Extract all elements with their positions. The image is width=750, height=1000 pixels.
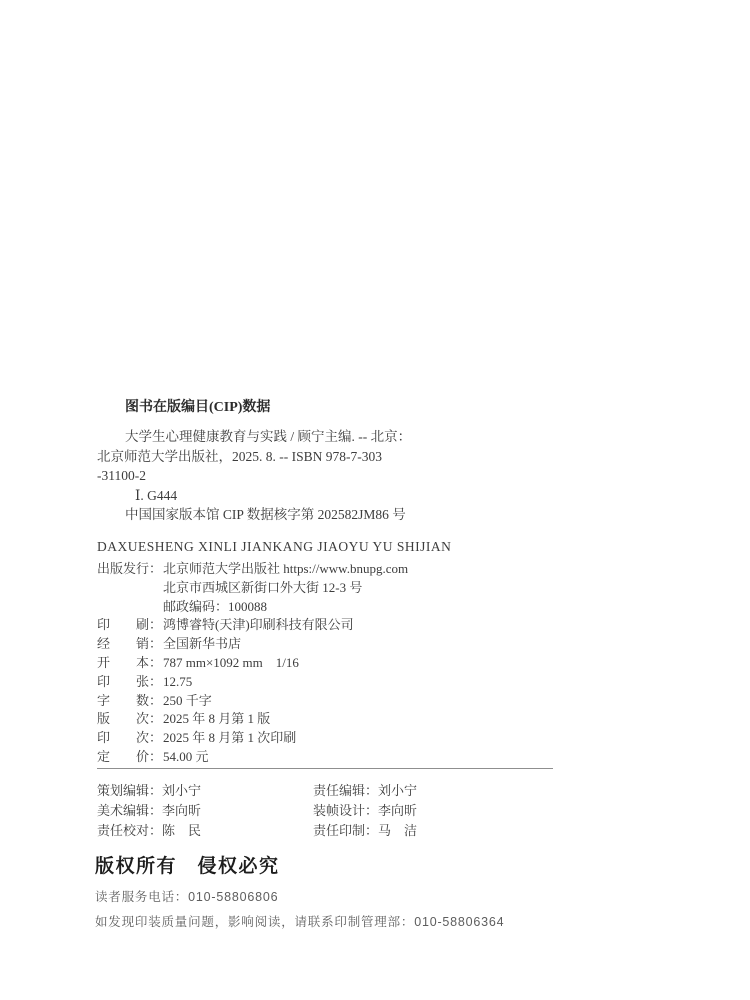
- colophon-row-impression: 印 次： 2025 年 8 月第 1 次印刷: [97, 729, 567, 748]
- editor-entry-printing: 责任印制：马 洁: [313, 821, 417, 841]
- colophon-value: 2025 年 8 月第 1 次印刷: [163, 729, 567, 748]
- colophon-row-wordcount: 字 数： 250 千字: [97, 692, 567, 711]
- editors-left-column: 策划编辑：刘小宁 美术编辑：李向昕 责任校对：陈 民: [97, 781, 313, 842]
- cip-line-isbn-continued: -31100-2: [97, 466, 567, 486]
- colophon-value: 12.75: [163, 673, 567, 692]
- colophon-label: 印 次：: [97, 729, 163, 748]
- editor-entry-art: 美术编辑：李向昕: [97, 801, 313, 821]
- colophon-row-price: 定 价： 54.00 元: [97, 748, 567, 767]
- editors-section: 策划编辑：刘小宁 美术编辑：李向昕 责任校对：陈 民 责任编辑：刘小宁 装帧设计…: [97, 781, 553, 842]
- cip-line-classification: Ⅰ. G444: [97, 486, 567, 506]
- colophon-value: 54.00 元: [163, 748, 567, 767]
- editors-right-column: 责任编辑：刘小宁 装帧设计：李向昕 责任印制：马 洁: [313, 781, 417, 842]
- colophon-value: 250 千字: [163, 692, 567, 711]
- editor-entry-responsible: 责任编辑：刘小宁: [313, 781, 417, 801]
- editor-entry-design: 装帧设计：李向昕: [313, 801, 417, 821]
- colophon-row-distributor: 经 销： 全国新华书店: [97, 635, 567, 654]
- copyright-notice: 版权所有 侵权必究: [95, 851, 655, 878]
- cip-line-registry-number: 中国国家版本馆 CIP 数据核字第 202582JM86 号: [97, 505, 567, 525]
- print-quality-line: 如发现印装质量问题，影响阅读，请联系印制管理部：010-58806364: [95, 912, 655, 930]
- cip-heading: 图书在版编目(CIP)数据: [125, 396, 567, 416]
- colophon-label: 开 本：: [97, 654, 163, 673]
- colophon-row-address: 北京市西城区新街口外大街 12-3 号: [97, 579, 567, 598]
- colophon-row-edition: 版 次： 2025 年 8 月第 1 版: [97, 710, 567, 729]
- colophon-row-printer: 印 刷： 鸿博睿特(天津)印刷科技有限公司: [97, 616, 567, 635]
- colophon-row-format: 开 本： 787 mm×1092 mm 1/16: [97, 654, 567, 673]
- colophon-value: 鸿博睿特(天津)印刷科技有限公司: [163, 616, 567, 635]
- colophon-row-publisher: 出版发行： 北京师范大学出版社 https://www.bnupg.com: [97, 560, 567, 579]
- colophon-value: 北京师范大学出版社 https://www.bnupg.com: [163, 560, 567, 579]
- colophon-label: 印 张：: [97, 673, 163, 692]
- colophon-label: 印 刷：: [97, 616, 163, 635]
- footer-section: 版权所有 侵权必究 读者服务电话：010-58806806 如发现印装质量问题，…: [95, 851, 655, 930]
- colophon-row-sheets: 印 张： 12.75: [97, 673, 567, 692]
- editor-entry-proofreading: 责任校对：陈 民: [97, 821, 313, 841]
- colophon-value: 邮政编码：100088: [163, 598, 567, 617]
- colophon-label: 出版发行：: [97, 560, 163, 579]
- pinyin-title: DAXUESHENG XINLI JIANKANG JIAOYU YU SHIJ…: [97, 539, 451, 555]
- colophon-value: 2025 年 8 月第 1 版: [163, 710, 567, 729]
- colophon-value: 北京市西城区新街口外大街 12-3 号: [163, 579, 567, 598]
- colophon-label: 字 数：: [97, 692, 163, 711]
- divider-rule: [97, 768, 553, 769]
- reader-service-line: 读者服务电话：010-58806806: [95, 887, 655, 905]
- cip-line-title: 大学生心理健康教育与实践 / 顾宁主编. -- 北京：: [97, 427, 567, 447]
- colophon-value: 787 mm×1092 mm 1/16: [163, 654, 567, 673]
- colophon-row-postcode: 邮政编码：100088: [97, 598, 567, 617]
- cip-line-publisher-isbn: 北京师范大学出版社，2025. 8. -- ISBN 978-7-303: [97, 447, 567, 467]
- cip-section: 图书在版编目(CIP)数据 大学生心理健康教育与实践 / 顾宁主编. -- 北京…: [97, 396, 567, 525]
- colophon-label: [97, 598, 163, 617]
- colophon-label: 经 销：: [97, 635, 163, 654]
- colophon-label: [97, 579, 163, 598]
- colophon-value: 全国新华书店: [163, 635, 567, 654]
- colophon-section: 出版发行： 北京师范大学出版社 https://www.bnupg.com 北京…: [97, 560, 567, 767]
- colophon-label: 定 价：: [97, 748, 163, 767]
- editor-entry-planning: 策划编辑：刘小宁: [97, 781, 313, 801]
- book-copyright-page: 图书在版编目(CIP)数据 大学生心理健康教育与实践 / 顾宁主编. -- 北京…: [0, 0, 750, 1000]
- colophon-label: 版 次：: [97, 710, 163, 729]
